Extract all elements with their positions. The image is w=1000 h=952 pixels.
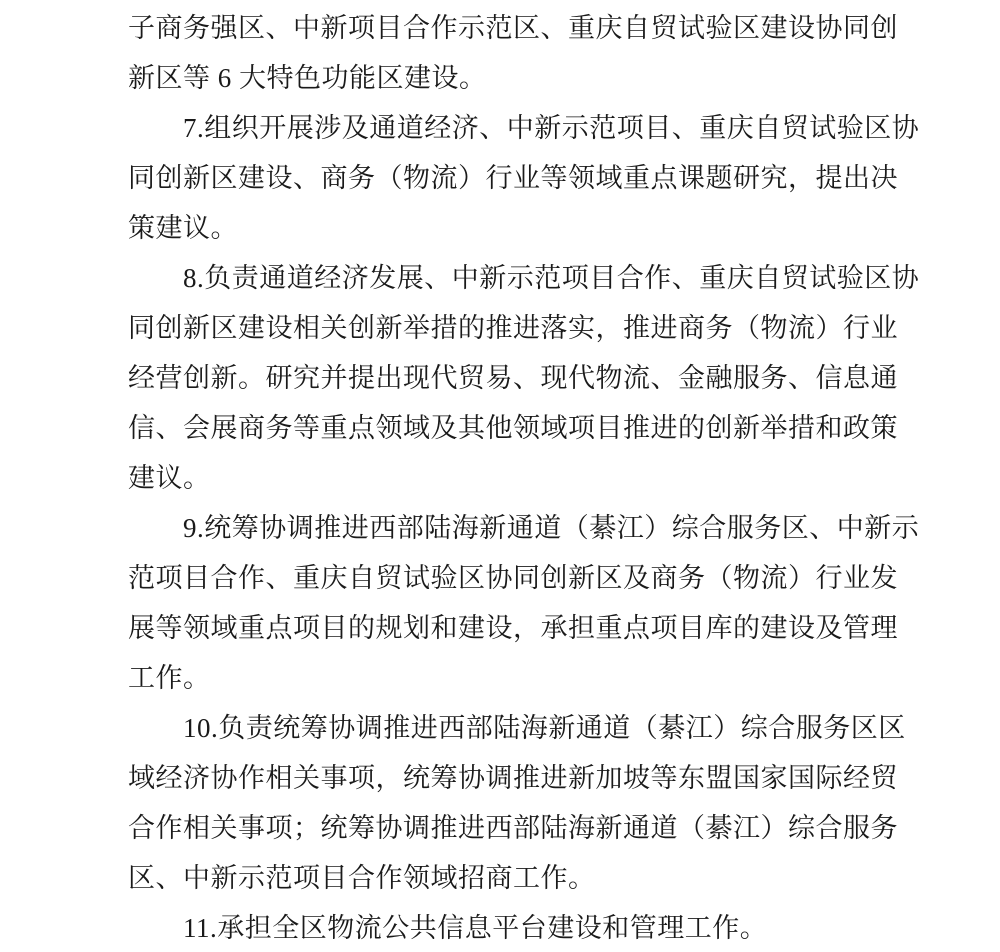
- text-token: （: [562, 503, 590, 553]
- text-token: 范: [486, 3, 514, 53]
- text-token: 现: [403, 353, 431, 403]
- text-line: 7.组织开展涉及通道经济、中新示范项目、重庆自贸试验区协: [128, 103, 892, 153]
- text-token: 区: [733, 3, 761, 53]
- text-token: 负: [218, 703, 246, 753]
- text-token: 物: [403, 153, 431, 203]
- text-token: 实: [568, 303, 596, 353]
- text-token: 出: [376, 353, 404, 403]
- text-token: 的: [458, 303, 486, 353]
- text-token: 协: [892, 103, 920, 153]
- text-token: 统: [273, 703, 301, 753]
- text-token: 调: [403, 803, 431, 853]
- text-token: 设: [266, 303, 294, 353]
- text-token: 目: [644, 103, 672, 153]
- text-token: 题: [706, 153, 734, 203]
- text-token: 进: [513, 303, 541, 353]
- text-token: 建: [761, 3, 789, 53]
- text-token: 商: [321, 153, 349, 203]
- text-token: 务: [871, 803, 899, 853]
- text-token: 创: [706, 403, 734, 453]
- text-token: 范: [534, 253, 562, 303]
- text-token: 的: [348, 603, 376, 653]
- text-token: 、: [672, 103, 700, 153]
- text-token: ，: [788, 153, 816, 203]
- text-token: 经: [424, 103, 452, 153]
- text-token: 作: [156, 803, 184, 853]
- text-token: 新: [596, 803, 624, 853]
- text-token: 创: [541, 553, 569, 603]
- text-token: 作: [238, 553, 266, 603]
- text-token: 务: [678, 553, 706, 603]
- text-token: 济: [183, 753, 211, 803]
- text-token: 融: [706, 353, 734, 403]
- text-token: 同: [843, 3, 871, 53]
- text-token: 统: [321, 803, 349, 853]
- text-token: 项: [562, 253, 590, 303]
- text-token: 域: [541, 403, 569, 453]
- text-token: 新: [321, 3, 349, 53]
- text-token: 重: [699, 253, 727, 303]
- text-token: 江: [617, 503, 645, 553]
- text-token: 江: [733, 803, 761, 853]
- text-token: 服: [796, 703, 824, 753]
- text-token: 、: [541, 3, 569, 53]
- text-token: 项: [651, 603, 679, 653]
- text-token: 及: [342, 103, 370, 153]
- text-token: 新: [479, 253, 507, 303]
- text-token: 加: [596, 753, 624, 803]
- text-token: 协: [458, 753, 486, 803]
- text-token: 课: [678, 153, 706, 203]
- paragraph-item-7: 7.组织开展涉及通道经济、中新示范项目、重庆自贸试验区协同创新区建设、商务（物流…: [128, 103, 892, 253]
- text-token: 点: [623, 603, 651, 653]
- text-token: 协: [259, 503, 287, 553]
- text-token: 的: [678, 403, 706, 453]
- text-token: 筹: [431, 753, 459, 803]
- text-line: 展等领域重点项目的规划和建设，承担重点项目库的建设及管理: [128, 603, 892, 653]
- text-token: 推: [513, 753, 541, 803]
- text-token: 域: [211, 603, 239, 653]
- text-token: 发: [369, 253, 397, 303]
- text-token: 务: [266, 403, 294, 453]
- text-token: 创: [348, 303, 376, 353]
- text-token: 7.: [183, 103, 204, 153]
- text-token: 协: [486, 553, 514, 603]
- text-token: 会: [183, 403, 211, 453]
- text-token: 务: [348, 153, 376, 203]
- text-token: 验: [706, 3, 734, 53]
- text-token: 重: [699, 103, 727, 153]
- text-token: 示: [892, 503, 920, 553]
- text-token: 、: [809, 503, 837, 553]
- paragraph-item-8: 8.负责通道经济发展、中新示范项目合作、重庆自贸试验区协同创新区建设相关创新举措…: [128, 253, 892, 503]
- text-token: 通: [871, 353, 899, 403]
- text-line: 范项目合作、重庆自贸试验区协同创新区及商务（物流）行业发: [128, 553, 892, 603]
- text-token: 务: [754, 503, 782, 553]
- text-token: 部: [513, 803, 541, 853]
- text-token: 新: [864, 503, 892, 553]
- text-token: 济: [342, 253, 370, 303]
- text-token: 国: [733, 753, 761, 803]
- text-token: 范: [128, 553, 156, 603]
- text-token: 展: [211, 403, 239, 453]
- text-line: 策建议。: [128, 203, 892, 253]
- text-token: 验: [431, 553, 459, 603]
- text-token: 和: [816, 403, 844, 453]
- text-token: 管: [843, 603, 871, 653]
- text-token: 服: [843, 803, 871, 853]
- text-token: 东: [678, 753, 706, 803]
- text-token: 建: [458, 603, 486, 653]
- text-token: 商: [156, 3, 184, 53]
- text-token: 设: [486, 603, 514, 653]
- text-token: 等: [541, 153, 569, 203]
- text-token: 道: [534, 503, 562, 553]
- text-token: 推: [486, 303, 514, 353]
- text-token: 开: [259, 103, 287, 153]
- text-token: 自: [754, 103, 782, 153]
- text-column: 子商务强区、中新项目合作示范区、重庆自贸试验区建设协同创新区等 6 大特色功能区…: [128, 3, 892, 952]
- text-token: 发: [871, 553, 899, 603]
- text-token: 区: [458, 553, 486, 603]
- text-token: 中: [293, 3, 321, 53]
- text-token: 业: [871, 303, 899, 353]
- text-token: 物: [761, 303, 789, 353]
- text-token: 海: [521, 703, 549, 753]
- text-token: 进: [541, 753, 569, 803]
- text-token: 和: [431, 603, 459, 653]
- text-token: 及: [623, 553, 651, 603]
- text-token: 物: [733, 553, 761, 603]
- text-token: 贸: [782, 253, 810, 303]
- text-token: 协: [376, 803, 404, 853]
- text-token: 目: [589, 253, 617, 303]
- text-token: 新: [733, 403, 761, 453]
- text-token: 织: [232, 103, 260, 153]
- text-token: 筹: [232, 503, 260, 553]
- text-token: 重: [596, 603, 624, 653]
- text-token: 8.: [183, 253, 204, 303]
- text-token: 自: [348, 553, 376, 603]
- text-token: 新: [479, 503, 507, 553]
- text-token: 创: [156, 153, 184, 203]
- text-token: 务: [761, 353, 789, 403]
- text-token: 建: [761, 603, 789, 653]
- text-token: 合: [128, 803, 156, 853]
- text-token: 提: [816, 153, 844, 203]
- text-token: 承: [541, 603, 569, 653]
- text-token: 研: [733, 153, 761, 203]
- text-token: 创: [871, 3, 899, 53]
- text-token: 推: [314, 503, 342, 553]
- text-token: 道: [603, 703, 631, 753]
- text-line: 域经济协作相关事项，统筹协调推进新加坡等东盟国家国际经贸: [128, 753, 892, 803]
- paragraph-item-10: 10.负责统筹协调推进西部陆海新通道（綦江）综合服务区区域经济协作相关事项，统筹…: [128, 703, 892, 903]
- text-token: 域: [403, 403, 431, 453]
- text-token: 区: [864, 103, 892, 153]
- text-token: 部: [466, 703, 494, 753]
- text-token: 道: [651, 803, 679, 853]
- text-token: 规: [376, 603, 404, 653]
- text-token: 验: [837, 253, 865, 303]
- text-token: 及: [431, 403, 459, 453]
- text-token: 筹: [301, 703, 329, 753]
- text-token: 目: [376, 3, 404, 53]
- text-token: 点: [651, 153, 679, 203]
- text-token: 区: [864, 253, 892, 303]
- text-token: 新: [376, 303, 404, 353]
- text-line: 新区等 6 大特色功能区建设。: [128, 53, 892, 103]
- text-token: 担: [568, 603, 596, 653]
- text-token: 陆: [424, 503, 452, 553]
- text-token: 领: [513, 403, 541, 453]
- text-token: （: [706, 553, 734, 603]
- text-token: 济: [452, 103, 480, 153]
- text-token: 。: [238, 353, 266, 403]
- text-token: 举: [403, 303, 431, 353]
- text-token: 他: [486, 403, 514, 453]
- text-token: 行: [843, 303, 871, 353]
- text-line: 信、会展商务等重点领域及其他领域项目推进的创新举措和政策: [128, 403, 892, 453]
- text-token: 易: [486, 353, 514, 403]
- text-token: 合: [211, 553, 239, 603]
- text-line: 建议。: [128, 453, 892, 503]
- text-token: 同: [128, 303, 156, 353]
- text-token: 流: [431, 153, 459, 203]
- text-token: ）: [816, 303, 844, 353]
- text-token: 调: [287, 503, 315, 553]
- text-token: 究: [761, 153, 789, 203]
- text-token: 创: [183, 353, 211, 403]
- text-token: 道: [397, 103, 425, 153]
- text-token: 试: [809, 253, 837, 303]
- text-line: 子商务强区、中新项目合作示范区、重庆自贸试验区建设协同创: [128, 3, 892, 53]
- text-token: 等: [156, 603, 184, 653]
- paragraph-item-6-continuation: 子商务强区、中新项目合作示范区、重庆自贸试验区建设协同创新区等 6 大特色功能区…: [128, 3, 892, 103]
- text-token: 业: [513, 153, 541, 203]
- text-token: 设: [266, 153, 294, 203]
- text-token: 新: [568, 753, 596, 803]
- text-line: 11.承担全区物流公共信息平台建设和管理工作。: [128, 903, 892, 952]
- text-token: 息: [843, 353, 871, 403]
- text-token: 重: [568, 3, 596, 53]
- text-token: 的: [733, 603, 761, 653]
- text-token: 措: [431, 303, 459, 353]
- text-token: （: [376, 153, 404, 203]
- text-token: 验: [837, 103, 865, 153]
- text-token: 决: [871, 153, 899, 203]
- text-token: 新: [183, 303, 211, 353]
- text-token: 推: [383, 703, 411, 753]
- text-token: 相: [293, 303, 321, 353]
- text-token: 9.: [183, 503, 204, 553]
- text-token: 目: [596, 403, 624, 453]
- text-token: 商: [238, 403, 266, 453]
- text-token: 综: [672, 503, 700, 553]
- text-token: 落: [541, 303, 569, 353]
- text-line: 10.负责统筹协调推进西部陆海新通道（綦江）综合服务区区: [128, 703, 892, 753]
- text-token: 合: [768, 703, 796, 753]
- text-token: 筹: [348, 803, 376, 853]
- text-token: 事: [321, 753, 349, 803]
- text-token: 项: [617, 103, 645, 153]
- text-token: 际: [816, 753, 844, 803]
- text-token: 及: [816, 603, 844, 653]
- text-token: 新: [568, 553, 596, 603]
- text-token: 区: [851, 703, 879, 753]
- text-token: 举: [761, 403, 789, 453]
- text-token: 綦: [589, 503, 617, 553]
- text-token: 合: [699, 503, 727, 553]
- text-token: 行: [486, 153, 514, 203]
- text-token: 调: [356, 703, 384, 753]
- text-token: 中: [837, 503, 865, 553]
- text-token: 海: [452, 503, 480, 553]
- text-token: 代: [431, 353, 459, 403]
- text-token: 通: [576, 703, 604, 753]
- paragraph-item-9: 9.统筹协调推进西部陆海新通道（綦江）综合服务区、中新示范项目合作、重庆自贸试验…: [128, 503, 892, 703]
- text-token: 进: [411, 703, 439, 753]
- text-line: 工作。: [128, 653, 892, 703]
- text-token: 进: [342, 503, 370, 553]
- text-token: 设: [788, 3, 816, 53]
- text-token: （: [678, 803, 706, 853]
- text-token: 通: [507, 503, 535, 553]
- text-token: （: [631, 703, 659, 753]
- text-token: 合: [403, 3, 431, 53]
- text-token: ）: [788, 553, 816, 603]
- text-token: 代: [568, 353, 596, 403]
- text-token: 贸: [782, 103, 810, 153]
- text-token: 调: [486, 753, 514, 803]
- text-token: 领: [568, 153, 596, 203]
- text-token: 、: [479, 103, 507, 153]
- text-token: 项: [156, 553, 184, 603]
- text-token: 自: [754, 253, 782, 303]
- text-token: 部: [397, 503, 425, 553]
- text-token: 综: [788, 803, 816, 853]
- text-token: 新: [183, 153, 211, 203]
- text-token: 坡: [623, 753, 651, 803]
- text-line: 同创新区建设、商务（物流）行业等领域重点课题研究，提出决: [128, 153, 892, 203]
- text-line: 区、中新示范项目合作领域招商工作。: [128, 853, 892, 903]
- text-token: 展: [397, 253, 425, 303]
- text-token: 西: [369, 503, 397, 553]
- text-token: 、: [293, 153, 321, 203]
- text-token: 商: [678, 303, 706, 353]
- text-token: 项: [348, 3, 376, 53]
- text-token: 庆: [727, 103, 755, 153]
- text-token: 区: [238, 3, 266, 53]
- text-token: 贸: [871, 753, 899, 803]
- text-token: 关: [321, 303, 349, 353]
- text-token: 试: [809, 103, 837, 153]
- text-token: 中: [507, 103, 535, 153]
- text-token: 区: [513, 3, 541, 53]
- text-token: 盟: [706, 753, 734, 803]
- text-token: ）: [458, 153, 486, 203]
- text-token: 重: [321, 403, 349, 453]
- text-token: 划: [403, 603, 431, 653]
- text-token: 通: [369, 103, 397, 153]
- text-token: 试: [678, 3, 706, 53]
- text-token: 措: [788, 403, 816, 453]
- text-token: 点: [348, 403, 376, 453]
- text-token: 项: [293, 603, 321, 653]
- text-token: 流: [788, 303, 816, 353]
- text-token: 试: [403, 553, 431, 603]
- text-token: 策: [871, 403, 899, 453]
- text-token: 通: [259, 253, 287, 303]
- text-line: 合作相关事项；统筹协调推进西部陆海新通道（綦江）综合服务: [128, 803, 892, 853]
- text-token: 统: [403, 753, 431, 803]
- text-token: 展: [128, 603, 156, 653]
- text-token: 行: [816, 553, 844, 603]
- text-token: 庆: [596, 3, 624, 53]
- text-token: ，: [376, 753, 404, 803]
- text-token: 10.: [183, 703, 218, 753]
- text-token: 同: [128, 153, 156, 203]
- text-token: 相: [266, 753, 294, 803]
- text-token: 务: [183, 3, 211, 53]
- text-token: 关: [293, 753, 321, 803]
- text-token: 等: [651, 753, 679, 803]
- text-token: 涉: [314, 103, 342, 153]
- text-token: 流: [623, 353, 651, 403]
- text-token: 国: [788, 753, 816, 803]
- text-token: 提: [348, 353, 376, 403]
- text-token: 海: [568, 803, 596, 853]
- text-token: 服: [733, 353, 761, 403]
- text-token: 示: [562, 103, 590, 153]
- text-token: 负: [204, 253, 232, 303]
- text-token: ，: [596, 303, 624, 353]
- text-token: 作: [644, 253, 672, 303]
- text-token: 域: [596, 153, 624, 203]
- text-token: 流: [761, 553, 789, 603]
- text-token: 进: [651, 303, 679, 353]
- text-token: 服: [727, 503, 755, 553]
- text-token: 务: [706, 303, 734, 353]
- text-token: 中: [452, 253, 480, 303]
- text-token: 事: [238, 803, 266, 853]
- text-token: 同: [513, 553, 541, 603]
- document-page: 子商务强区、中新项目合作示范区、重庆自贸试验区建设协同创新区等 6 大特色功能区…: [0, 0, 1000, 952]
- text-token: 经: [843, 753, 871, 803]
- text-token: 新: [548, 703, 576, 753]
- text-token: 信: [816, 353, 844, 403]
- text-token: 庆: [727, 253, 755, 303]
- text-token: 协: [816, 3, 844, 53]
- text-token: 建: [238, 303, 266, 353]
- text-token: 綦: [706, 803, 734, 853]
- text-token: 、: [513, 353, 541, 403]
- text-token: 庆: [321, 553, 349, 603]
- text-token: 金: [678, 353, 706, 403]
- text-token: 创: [156, 303, 184, 353]
- text-token: 进: [458, 803, 486, 853]
- text-token: 区: [211, 303, 239, 353]
- text-token: 西: [438, 703, 466, 753]
- text-token: 其: [458, 403, 486, 453]
- text-token: 推: [623, 403, 651, 453]
- text-token: 项: [568, 403, 596, 453]
- text-token: 家: [761, 753, 789, 803]
- text-line: 经营创新。研究并提出现代贸易、现代物流、金融服务、信息通: [128, 353, 892, 403]
- text-token: 示: [458, 3, 486, 53]
- text-token: 子: [128, 3, 156, 53]
- text-token: 项: [348, 753, 376, 803]
